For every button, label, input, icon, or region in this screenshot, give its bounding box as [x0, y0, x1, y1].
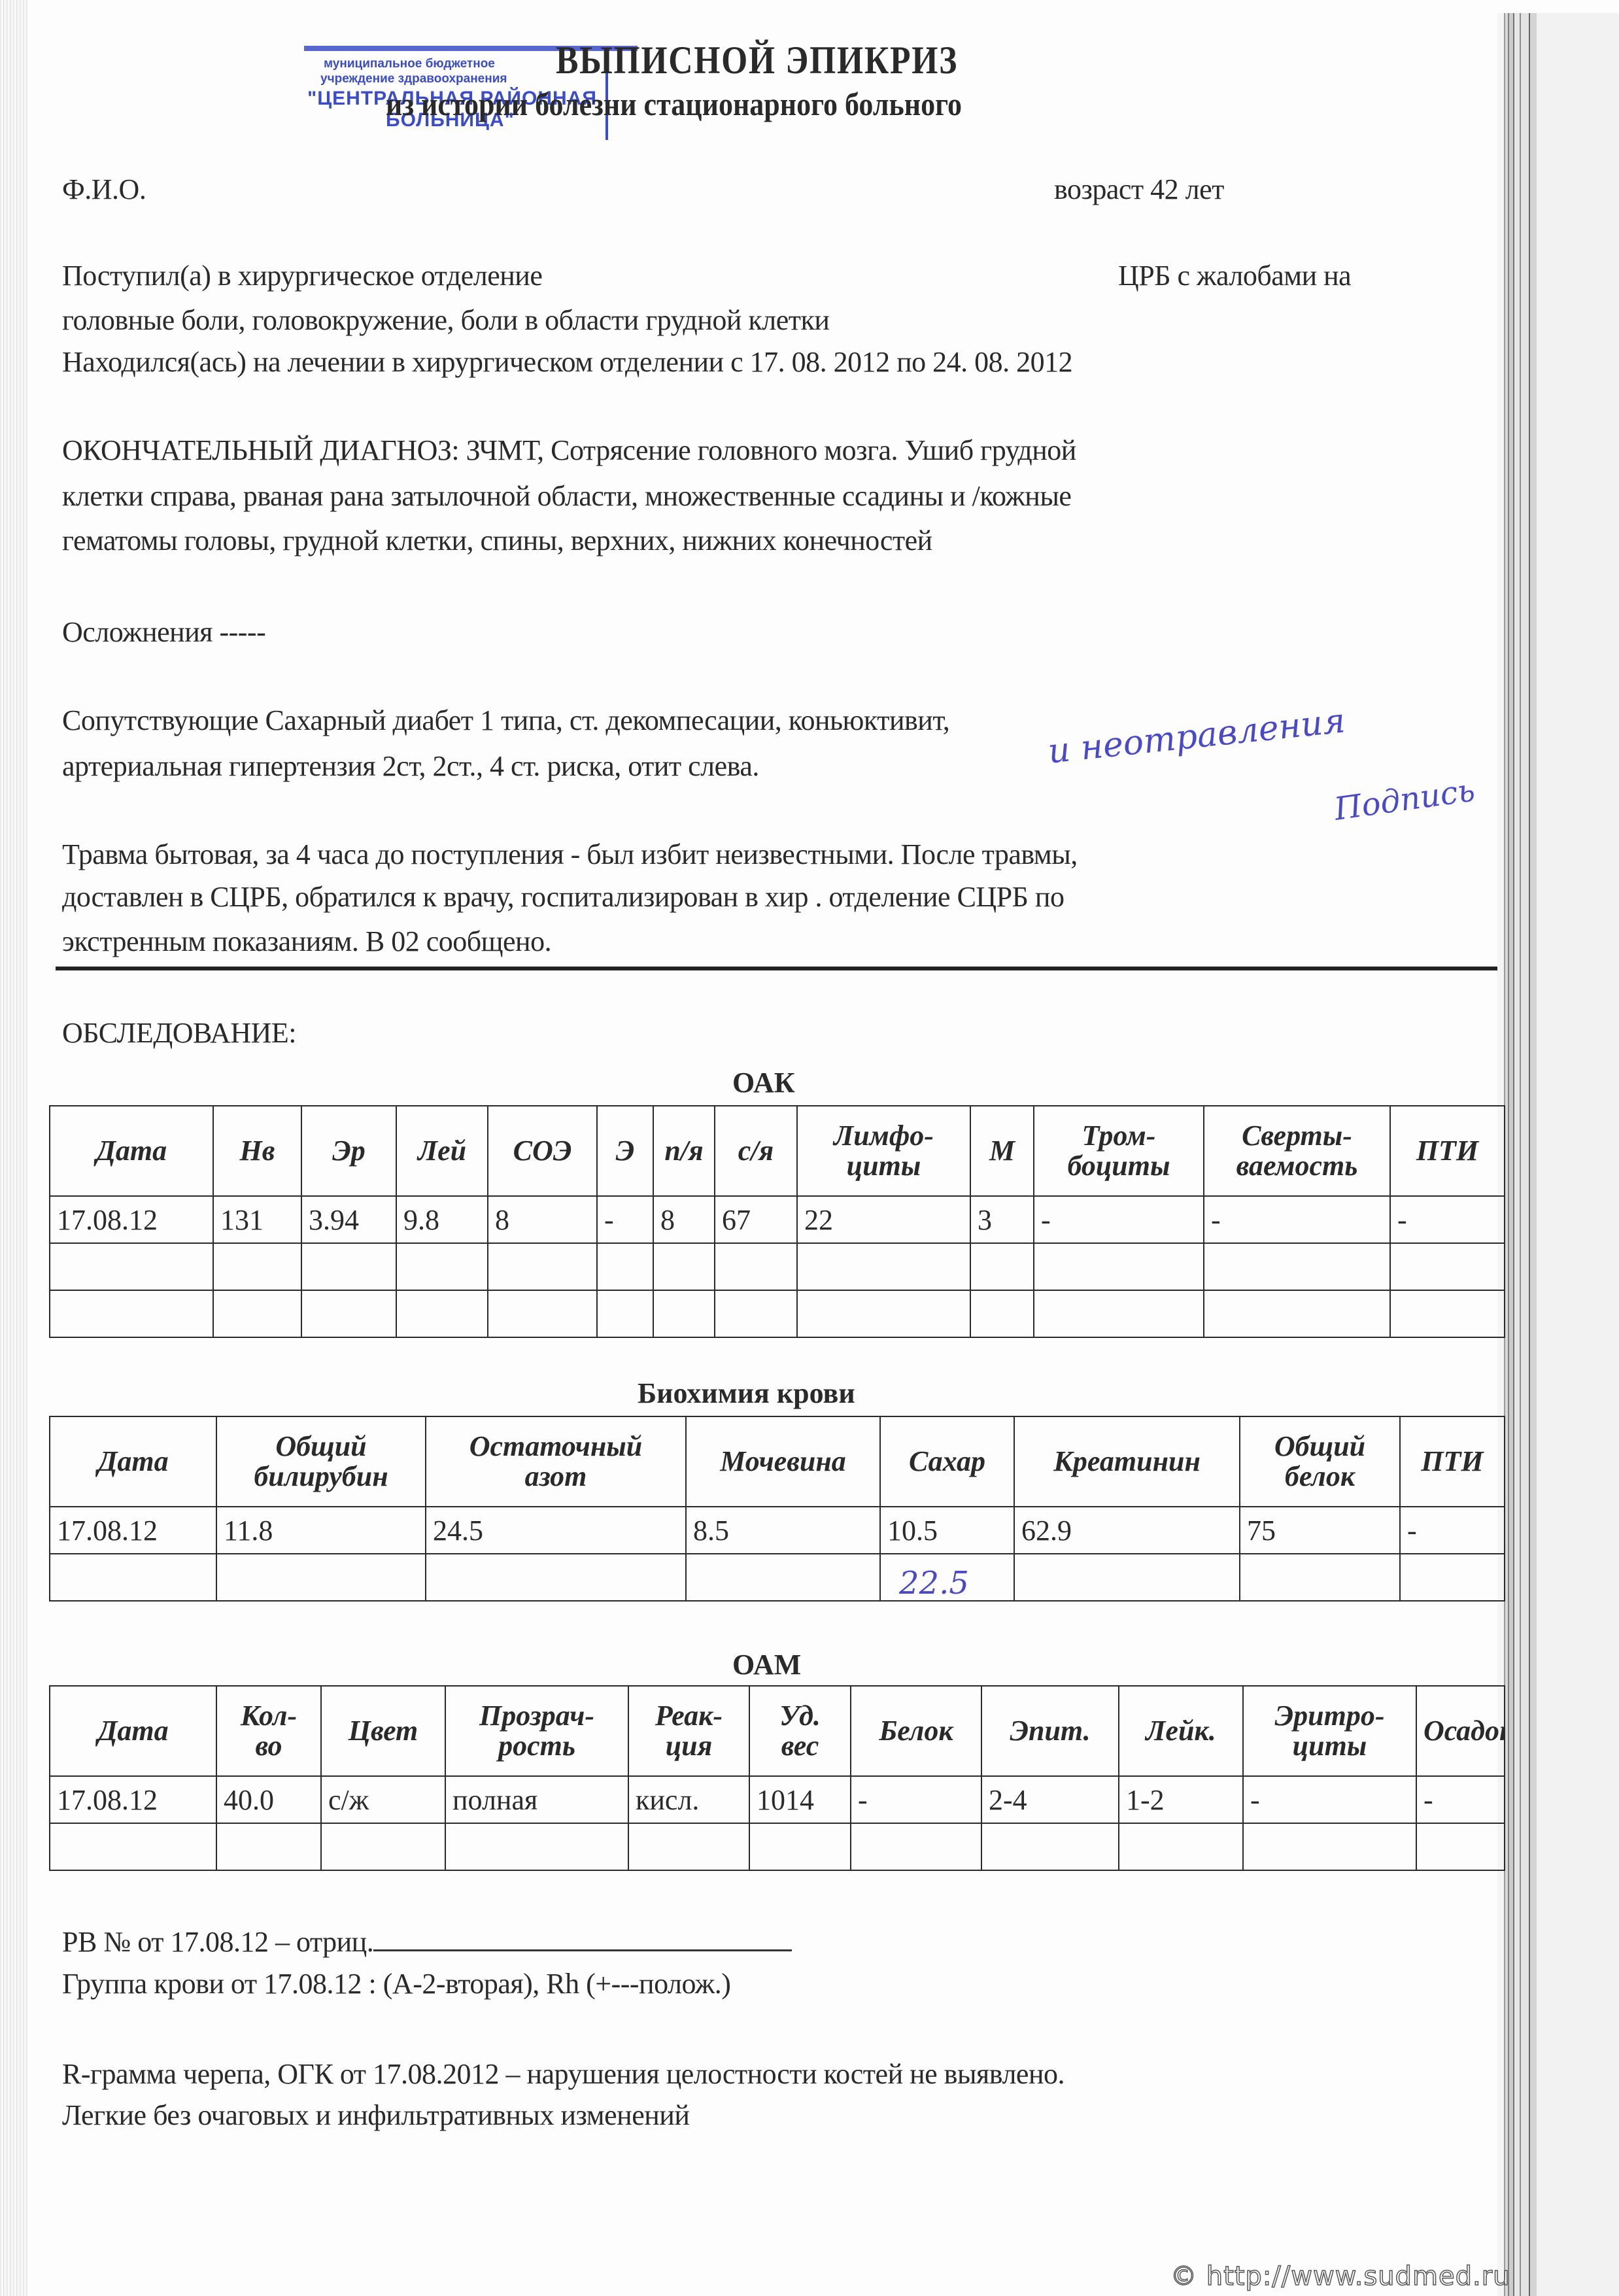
oam-cell	[749, 1823, 851, 1870]
oak-cell: 67	[715, 1196, 797, 1243]
oak-cell	[1204, 1243, 1390, 1290]
trauma-line-2: доставлен в СЦРБ, обратился к врачу, гос…	[62, 883, 1064, 912]
oak-cell	[1034, 1243, 1204, 1290]
document-title: ВЫПИСНОЙ ЭПИКРИЗ	[556, 38, 958, 83]
biochem-header-row: ДатаОбщийбилирубинОстаточныйазотМочевина…	[50, 1416, 1505, 1507]
oak-cell	[970, 1290, 1034, 1337]
biochem-table-row: 17.08.1211.824.58.510.562.975-	[50, 1507, 1505, 1554]
oak-cell	[1390, 1243, 1505, 1290]
oam-table-row: 17.08.1240.0с/жполнаякисл.1014-2-41-2--	[50, 1776, 1505, 1823]
oak-cell: 3	[970, 1196, 1034, 1243]
biochem-cell: 75	[1240, 1507, 1400, 1554]
biochem-title: Биохимия крови	[638, 1377, 855, 1410]
oak-header-cell: М	[970, 1106, 1034, 1196]
oam-cell: 1-2	[1119, 1776, 1243, 1823]
handwritten-signature: Подпись	[1332, 772, 1477, 828]
oam-cell	[1243, 1823, 1416, 1870]
trauma-line-1: Травма бытовая, за 4 часа до поступления…	[62, 840, 1078, 869]
oak-header-cell: Дата	[50, 1106, 213, 1196]
oam-header-cell: Уд.вес	[749, 1686, 851, 1776]
biochem-cell	[426, 1554, 686, 1601]
biochem-header-cell: Остаточныйазот	[426, 1416, 686, 1507]
oam-cell: -	[1416, 1776, 1505, 1823]
oak-table: ДатаНвЭрЛейСОЭЭп/яс/яЛимфо-цитыМТром-боц…	[49, 1105, 1505, 1338]
oak-cell: 8	[653, 1196, 715, 1243]
diagnosis-line-3: гематомы головы, грудной клетки, спины, …	[62, 526, 932, 555]
xray-line-1: R-грамма черепа, ОГК от 17.08.2012 – нар…	[62, 2060, 1065, 2089]
oak-cell	[396, 1243, 488, 1290]
oak-cell	[213, 1290, 301, 1337]
biochem-cell: -	[1400, 1507, 1505, 1554]
scanned-document-page: муниципальное бюджетное учреждение здрав…	[0, 0, 1619, 2296]
oak-cell	[301, 1290, 396, 1337]
oam-header-cell: Белок	[851, 1686, 981, 1776]
handwritten-sugar-value: 22.5	[899, 1565, 969, 1602]
oam-table: ДатаКол-воЦветПрозрач-ростьРеак-цияУд.ве…	[49, 1685, 1505, 1871]
oak-cell	[715, 1243, 797, 1290]
biochem-cell	[216, 1554, 426, 1601]
oak-cell	[597, 1243, 653, 1290]
oam-cell	[851, 1823, 981, 1870]
admission-line-3: Находился(ась) на лечении в хирургическо…	[62, 348, 1072, 377]
oam-cell	[321, 1823, 445, 1870]
oak-cell	[488, 1290, 597, 1337]
oam-cell	[1119, 1823, 1243, 1870]
oak-table-row: 17.08.121313.949.88-867223---	[50, 1196, 1505, 1243]
concomitant-line-2: артериальная гипертензия 2ст, 2ст., 4 ст…	[62, 752, 759, 781]
oam-cell: 40.0	[216, 1776, 321, 1823]
stamp-line-2: учреждение здравоохранения	[320, 72, 507, 86]
oam-cell: 17.08.12	[50, 1776, 216, 1823]
oak-cell: -	[1390, 1196, 1505, 1243]
oam-cell	[1416, 1823, 1505, 1870]
xray-line-2: Легкие без очаговых и инфильтративных из…	[62, 2101, 689, 2130]
oam-header-cell: Осадок	[1416, 1686, 1505, 1776]
oam-header-row: ДатаКол-воЦветПрозрач-ростьРеак-цияУд.ве…	[50, 1686, 1505, 1776]
oam-cell: с/ж	[321, 1776, 445, 1823]
biochem-header-cell: ПТИ	[1400, 1416, 1505, 1507]
oak-cell	[1390, 1290, 1505, 1337]
oak-cell	[597, 1290, 653, 1337]
oam-header-cell: Лейк.	[1119, 1686, 1243, 1776]
oak-header-row: ДатаНвЭрЛейСОЭЭп/яс/яЛимфо-цитыМТром-боц…	[50, 1106, 1505, 1196]
oak-header-cell: Сверты-ваемость	[1204, 1106, 1390, 1196]
section-divider	[56, 967, 1497, 970]
biochem-cell	[1014, 1554, 1240, 1601]
oam-header-cell: Эпит.	[981, 1686, 1119, 1776]
biochem-cell: 62.9	[1014, 1507, 1240, 1554]
oam-cell	[50, 1823, 216, 1870]
watermark: © http://www.sudmed.ru	[1170, 2261, 1510, 2291]
fio-label: Ф.И.О.	[62, 175, 146, 204]
biochem-cell	[1240, 1554, 1400, 1601]
oak-table-row	[50, 1243, 1505, 1290]
biochem-header-cell: Общийбелок	[1240, 1416, 1400, 1507]
biochem-header-cell: Дата	[50, 1416, 216, 1507]
oak-cell: -	[597, 1196, 653, 1243]
biochem-cell: 10.5	[880, 1507, 1014, 1554]
oam-header-cell: Эритро-циты	[1243, 1686, 1416, 1776]
oam-cell: 1014	[749, 1776, 851, 1823]
concomitant-line-1: Сопутствующие Сахарный диабет 1 типа, ст…	[62, 706, 949, 735]
oam-header-cell: Цвет	[321, 1686, 445, 1776]
oak-header-cell: Нв	[213, 1106, 301, 1196]
oak-header-cell: Лимфо-циты	[797, 1106, 970, 1196]
oak-cell	[653, 1290, 715, 1337]
patient-age: возраст 42 лет	[1054, 175, 1224, 204]
oak-header-cell: СОЭ	[488, 1106, 597, 1196]
oak-cell: 22	[797, 1196, 970, 1243]
oak-header-cell: п/я	[653, 1106, 715, 1196]
oam-cell	[216, 1823, 321, 1870]
admission-line-1-right: ЦРБ с жалобами на	[1118, 262, 1351, 290]
rw-underline	[373, 1930, 792, 1951]
trauma-line-3: экстренным показаниям. В 02 сообщено.	[62, 927, 551, 956]
oak-cell	[797, 1243, 970, 1290]
oam-cell	[445, 1823, 628, 1870]
complications: Осложнения -----	[62, 618, 265, 647]
handwritten-note: и неотравления	[1046, 701, 1347, 771]
oam-header-cell: Дата	[50, 1686, 216, 1776]
oak-cell	[653, 1243, 715, 1290]
oak-title: ОАК	[732, 1066, 795, 1099]
oam-header-cell: Прозрач-рость	[445, 1686, 628, 1776]
biochem-cell	[1400, 1554, 1505, 1601]
biochem-header-cell: Мочевина	[686, 1416, 880, 1507]
oak-cell	[301, 1243, 396, 1290]
oam-cell	[628, 1823, 749, 1870]
oam-cell: -	[851, 1776, 981, 1823]
biochem-header-cell: Креатинин	[1014, 1416, 1240, 1507]
oak-header-cell: Лей	[396, 1106, 488, 1196]
oam-title: ОАМ	[732, 1648, 801, 1681]
oak-cell	[1034, 1290, 1204, 1337]
oak-cell: 131	[213, 1196, 301, 1243]
oak-table-row	[50, 1290, 1505, 1337]
oam-cell: кисл.	[628, 1776, 749, 1823]
biochem-cell: 8.5	[686, 1507, 880, 1554]
biochem-header-cell: Общийбилирубин	[216, 1416, 426, 1507]
biochem-cell: 24.5	[426, 1507, 686, 1554]
biochem-cell: 17.08.12	[50, 1507, 216, 1554]
oak-cell	[396, 1290, 488, 1337]
oak-cell: -	[1034, 1196, 1204, 1243]
document-subtitle: из истории болезни стационарного больног…	[386, 85, 962, 123]
oak-cell	[213, 1243, 301, 1290]
biochem-table: ДатаОбщийбилирубинОстаточныйазотМочевина…	[49, 1416, 1505, 1602]
diagnosis-line-2: клетки справа, рваная рана затылочной об…	[62, 482, 1071, 511]
oam-cell: полная	[445, 1776, 628, 1823]
oak-header-cell: Тром-боциты	[1034, 1106, 1204, 1196]
oam-cell: -	[1243, 1776, 1416, 1823]
oak-header-cell: Э	[597, 1106, 653, 1196]
biochem-cell	[686, 1554, 880, 1601]
oak-cell: -	[1204, 1196, 1390, 1243]
oak-cell	[1204, 1290, 1390, 1337]
admission-line-1-left: Поступил(а) в хирургическое отделение	[62, 262, 542, 290]
diagnosis-line-1: ОКОНЧАТЕЛЬНЫЙ ДИАГНОЗ: ЗЧМТ, Сотрясение …	[62, 436, 1076, 465]
oak-header-cell: с/я	[715, 1106, 797, 1196]
oam-cell: 2-4	[981, 1776, 1119, 1823]
oak-header-cell: ПТИ	[1390, 1106, 1505, 1196]
oak-cell: 17.08.12	[50, 1196, 213, 1243]
rw-result: РВ № от 17.08.12 – отриц.	[62, 1928, 792, 1957]
oak-cell	[715, 1290, 797, 1337]
oak-cell	[488, 1243, 597, 1290]
admission-line-2: головные боли, головокружение, боли в об…	[62, 306, 829, 335]
oak-cell	[50, 1290, 213, 1337]
oam-header-cell: Кол-во	[216, 1686, 321, 1776]
oam-table-row	[50, 1823, 1505, 1870]
biochem-header-cell: Сахар	[880, 1416, 1014, 1507]
biochem-table-row	[50, 1554, 1505, 1601]
oak-cell: 3.94	[301, 1196, 396, 1243]
oak-cell	[50, 1243, 213, 1290]
oak-header-cell: Эр	[301, 1106, 396, 1196]
oak-cell: 9.8	[396, 1196, 488, 1243]
stamp-line-1: муниципальное бюджетное	[324, 57, 495, 71]
rw-result-text: РВ № от 17.08.12 – отриц.	[62, 1926, 373, 1958]
biochem-cell: 11.8	[216, 1507, 426, 1554]
exam-heading: ОБСЛЕДОВАНИЕ:	[62, 1019, 296, 1048]
scanner-edge-left	[0, 0, 27, 2296]
oak-cell	[970, 1243, 1034, 1290]
blood-group: Группа крови от 17.08.12 : (А-2-вторая),…	[62, 1970, 730, 1998]
oak-cell	[797, 1290, 970, 1337]
scanner-edge-right	[1497, 13, 1619, 2296]
oam-cell	[981, 1823, 1119, 1870]
oam-header-cell: Реак-ция	[628, 1686, 749, 1776]
oak-cell: 8	[488, 1196, 597, 1243]
biochem-cell	[50, 1554, 216, 1601]
